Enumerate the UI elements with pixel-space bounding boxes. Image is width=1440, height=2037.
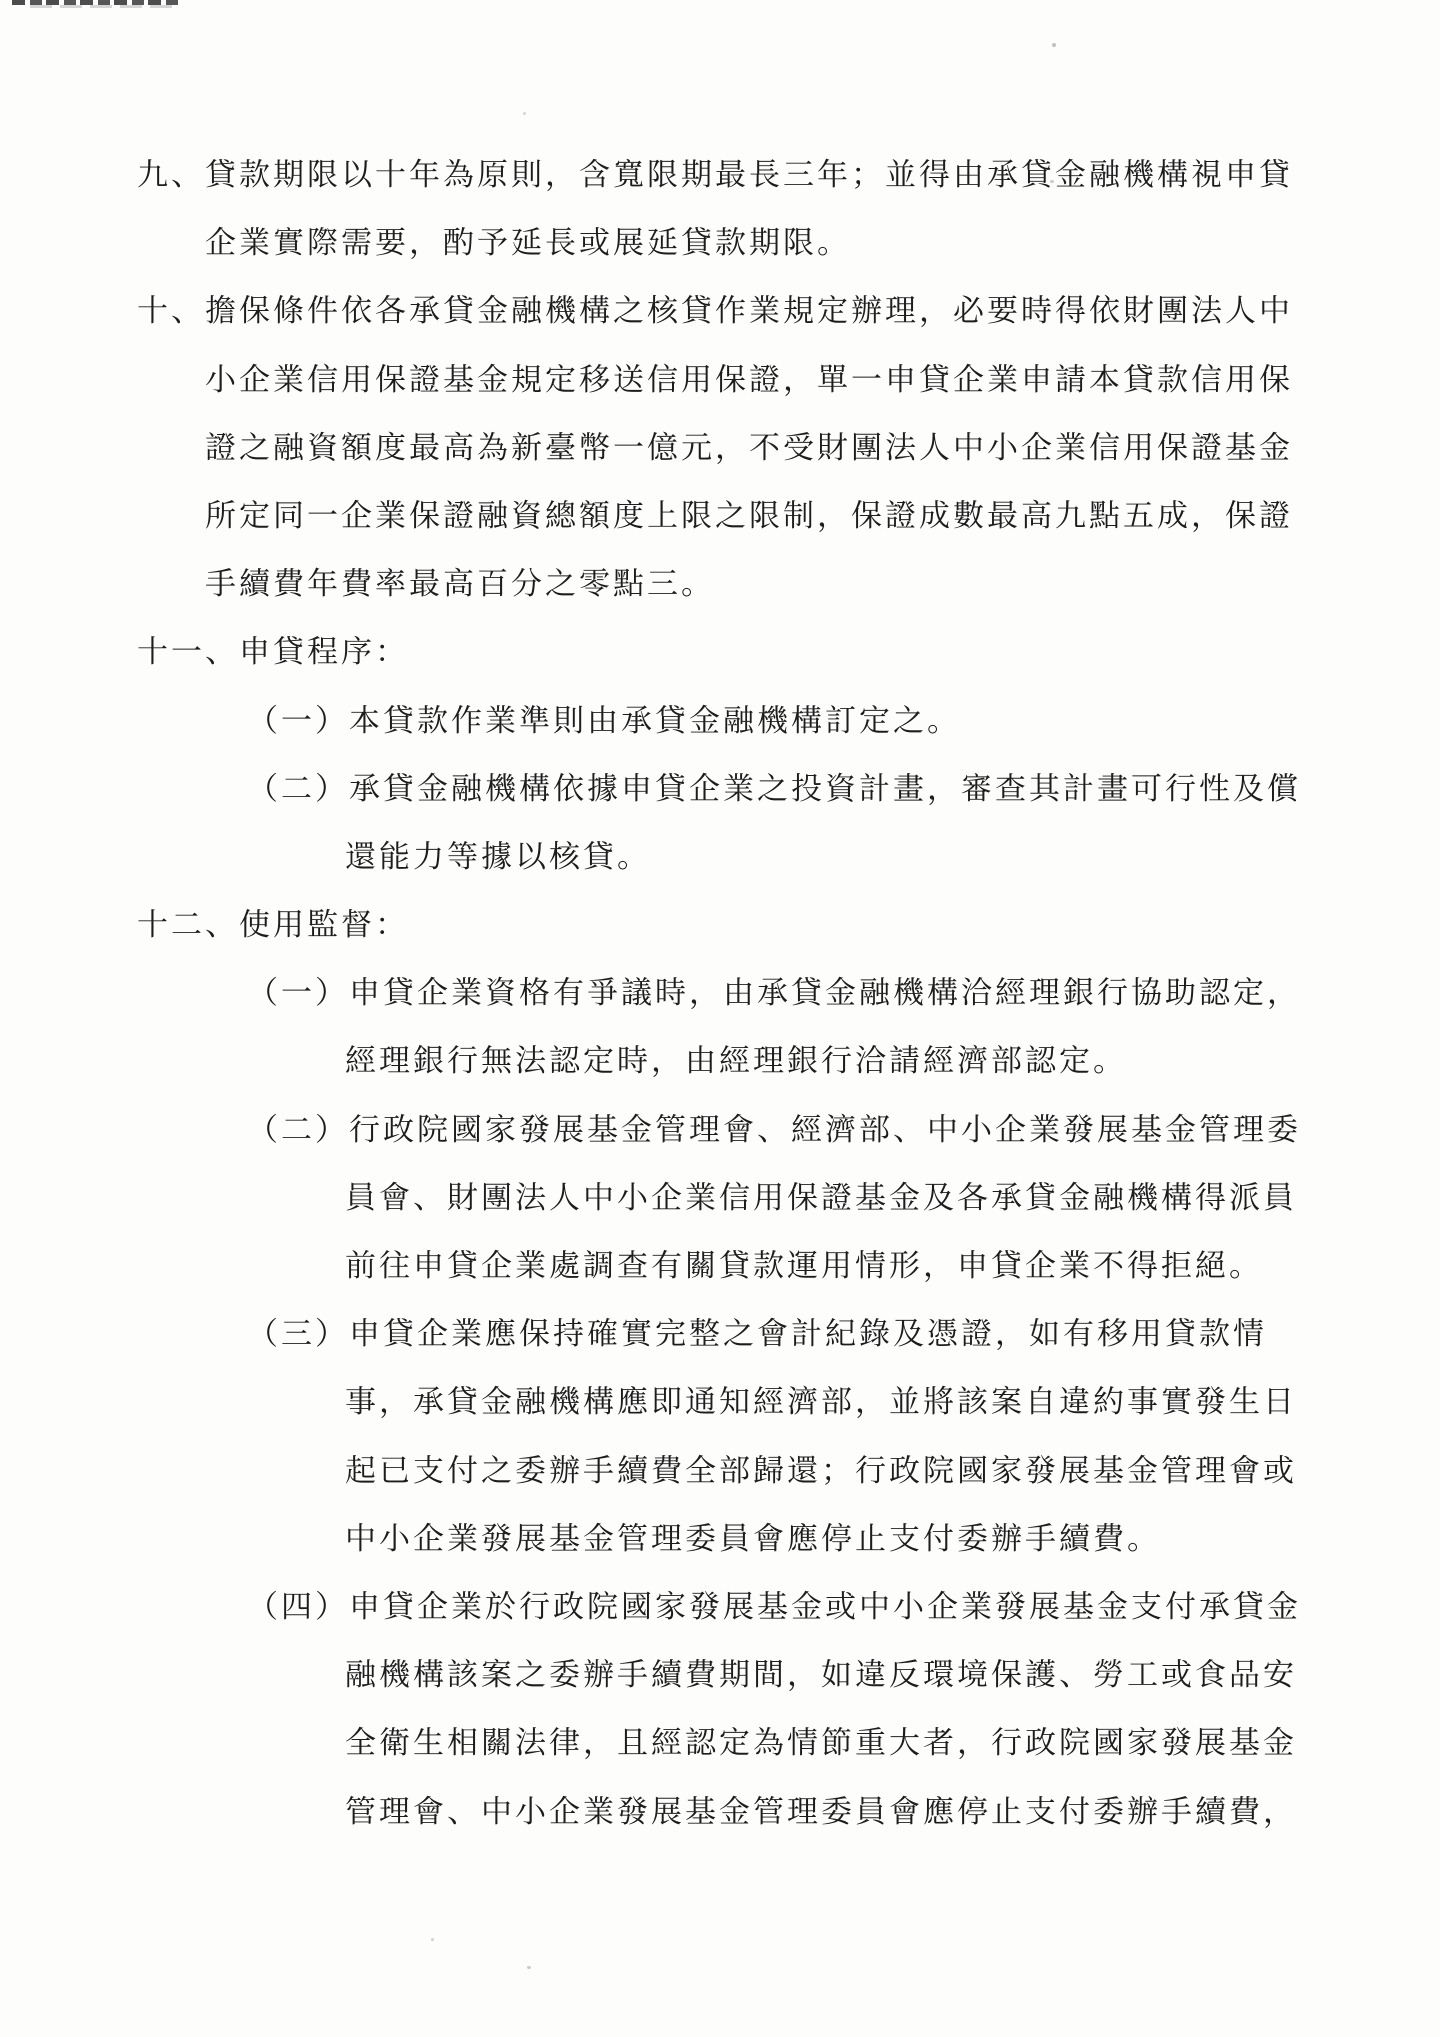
document-line: 所定同一企業保證融資總額度上限之限制，保證成數最高九點五成，保證 (0, 482, 1440, 550)
document-line: （一）申貸企業資格有爭議時，由承貸金融機構洽經理銀行協助認定， (0, 959, 1440, 1027)
document-line: 九、貸款期限以十年為原則，含寬限期最長三年；並得由承貸金融機構視申貸 (0, 141, 1440, 209)
document-line: 企業實際需要，酌予延長或展延貸款期限。 (0, 209, 1440, 277)
document-line: 經理銀行無法認定時，由經理銀行洽請經濟部認定。 (0, 1027, 1440, 1095)
document-line: 起已支付之委辦手續費全部歸還；行政院國家發展基金管理會或 (0, 1437, 1440, 1505)
document-line: （一）本貸款作業準則由承貸金融機構訂定之。 (0, 687, 1440, 755)
document-line: 還能力等據以核貸。 (0, 823, 1440, 891)
document-line: 全衛生相關法律，且經認定為情節重大者，行政院國家發展基金 (0, 1709, 1440, 1777)
scan-speck (523, 112, 526, 115)
document-line: 融機構該案之委辦手續費期間，如違反環境保護、勞工或食品安 (0, 1641, 1440, 1709)
document-line: 前往申貸企業處調查有關貸款運用情形，申貸企業不得拒絕。 (0, 1232, 1440, 1300)
document-line: （二）承貸金融機構依據申貸企業之投資計畫，審查其計畫可行性及償 (0, 755, 1440, 823)
scanned-document-page: 九、貸款期限以十年為原則，含寬限期最長三年；並得由承貸金融機構視申貸企業實際需要… (0, 0, 1440, 2037)
document-line: 員會、財團法人中小企業信用保證基金及各承貸金融機構得派員 (0, 1164, 1440, 1232)
document-line: 中小企業發展基金管理委員會應停止支付委辦手續費。 (0, 1505, 1440, 1573)
scan-speck (527, 1966, 531, 1969)
document-line: 證之融資額度最高為新臺幣一億元，不受財團法人中小企業信用保證基金 (0, 414, 1440, 482)
scan-speck (1052, 43, 1056, 47)
document-line: 管理會、中小企業發展基金管理委員會應停止支付委辦手續費， (0, 1778, 1440, 1846)
document-line: （四）申貸企業於行政院國家發展基金或中小企業發展基金支付承貸金 (0, 1573, 1440, 1641)
document-line: 事，承貸金融機構應即通知經濟部，並將該案自違約事實發生日 (0, 1368, 1440, 1436)
document-line: 十一、申貸程序： (0, 618, 1440, 686)
document-line: （三）申貸企業應保持確實完整之會計紀錄及憑證，如有移用貸款情 (0, 1300, 1440, 1368)
scan-speck (431, 1938, 434, 1941)
document-line: 手續費年費率最高百分之零點三。 (0, 550, 1440, 618)
scan-artifact-smudge (30, 5, 175, 8)
document-line: 小企業信用保證基金規定移送信用保證，單一申貸企業申請本貸款信用保 (0, 346, 1440, 414)
document-body-text: 九、貸款期限以十年為原則，含寬限期最長三年；並得由承貸金融機構視申貸企業實際需要… (0, 141, 1440, 1846)
document-line: 十、擔保條件依各承貸金融機構之核貸作業規定辦理，必要時得依財團法人中 (0, 277, 1440, 345)
document-line: 十二、使用監督： (0, 891, 1440, 959)
document-line: （二）行政院國家發展基金管理會、經濟部、中小企業發展基金管理委 (0, 1096, 1440, 1164)
